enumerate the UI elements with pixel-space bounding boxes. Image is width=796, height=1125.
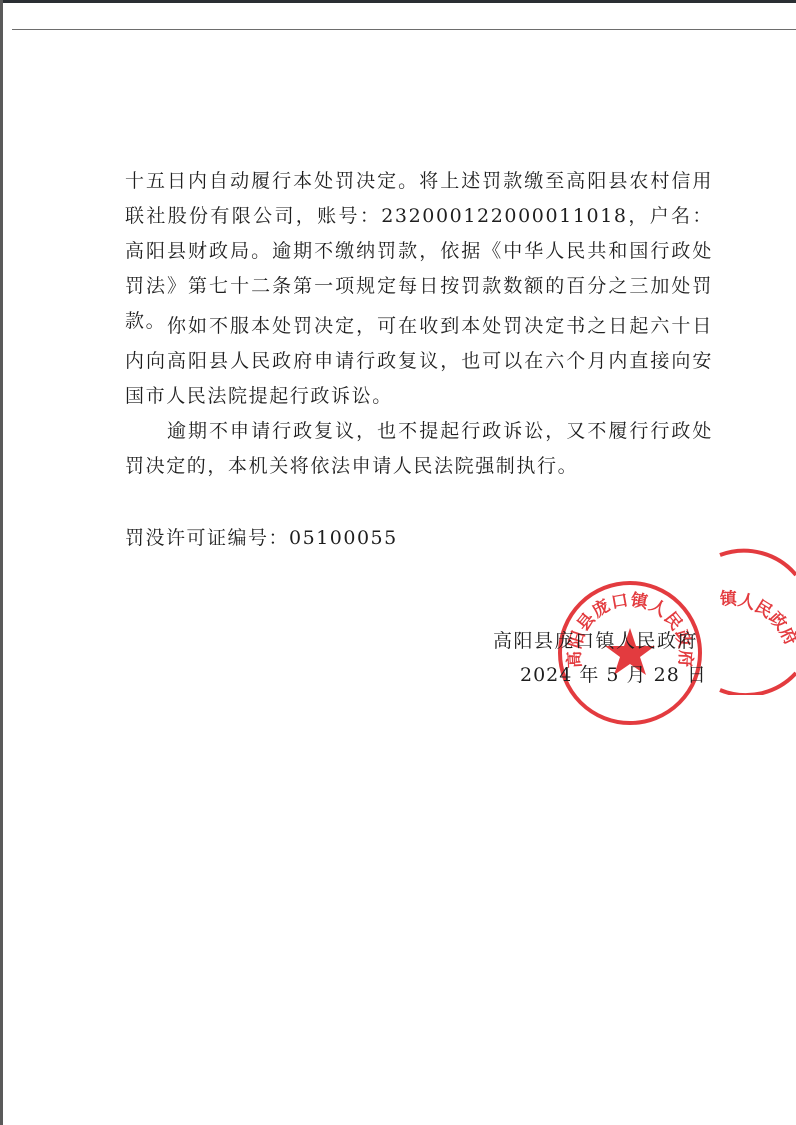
appeal-paragraph: 你如不服本处罚决定，可在收到本处罚决定书之日起六十日内向高阳县人民政府申请行政复… <box>125 309 713 414</box>
license-label: 罚没许可证编号： <box>125 527 289 549</box>
scan-top-edge <box>0 0 796 3</box>
header-rule <box>12 29 796 30</box>
issue-date: 2024 年 5 月 28 日 <box>520 660 707 690</box>
enforcement-paragraph: 逾期不申请行政复议，也不提起行政诉讼，又不履行行政处罚决定的，本机关将依法申请人… <box>125 414 713 484</box>
issuing-organization: 高阳县庞口镇人民政府 <box>493 625 698 657</box>
svg-text:镇人民政府: 镇人民政府 <box>720 588 796 648</box>
license-number: 05100055 <box>289 527 398 549</box>
partial-seal-icon: 镇人民政府 <box>700 545 796 695</box>
scan-left-edge <box>0 0 3 1125</box>
license-line: 罚没许可证编号：05100055 <box>125 523 398 553</box>
